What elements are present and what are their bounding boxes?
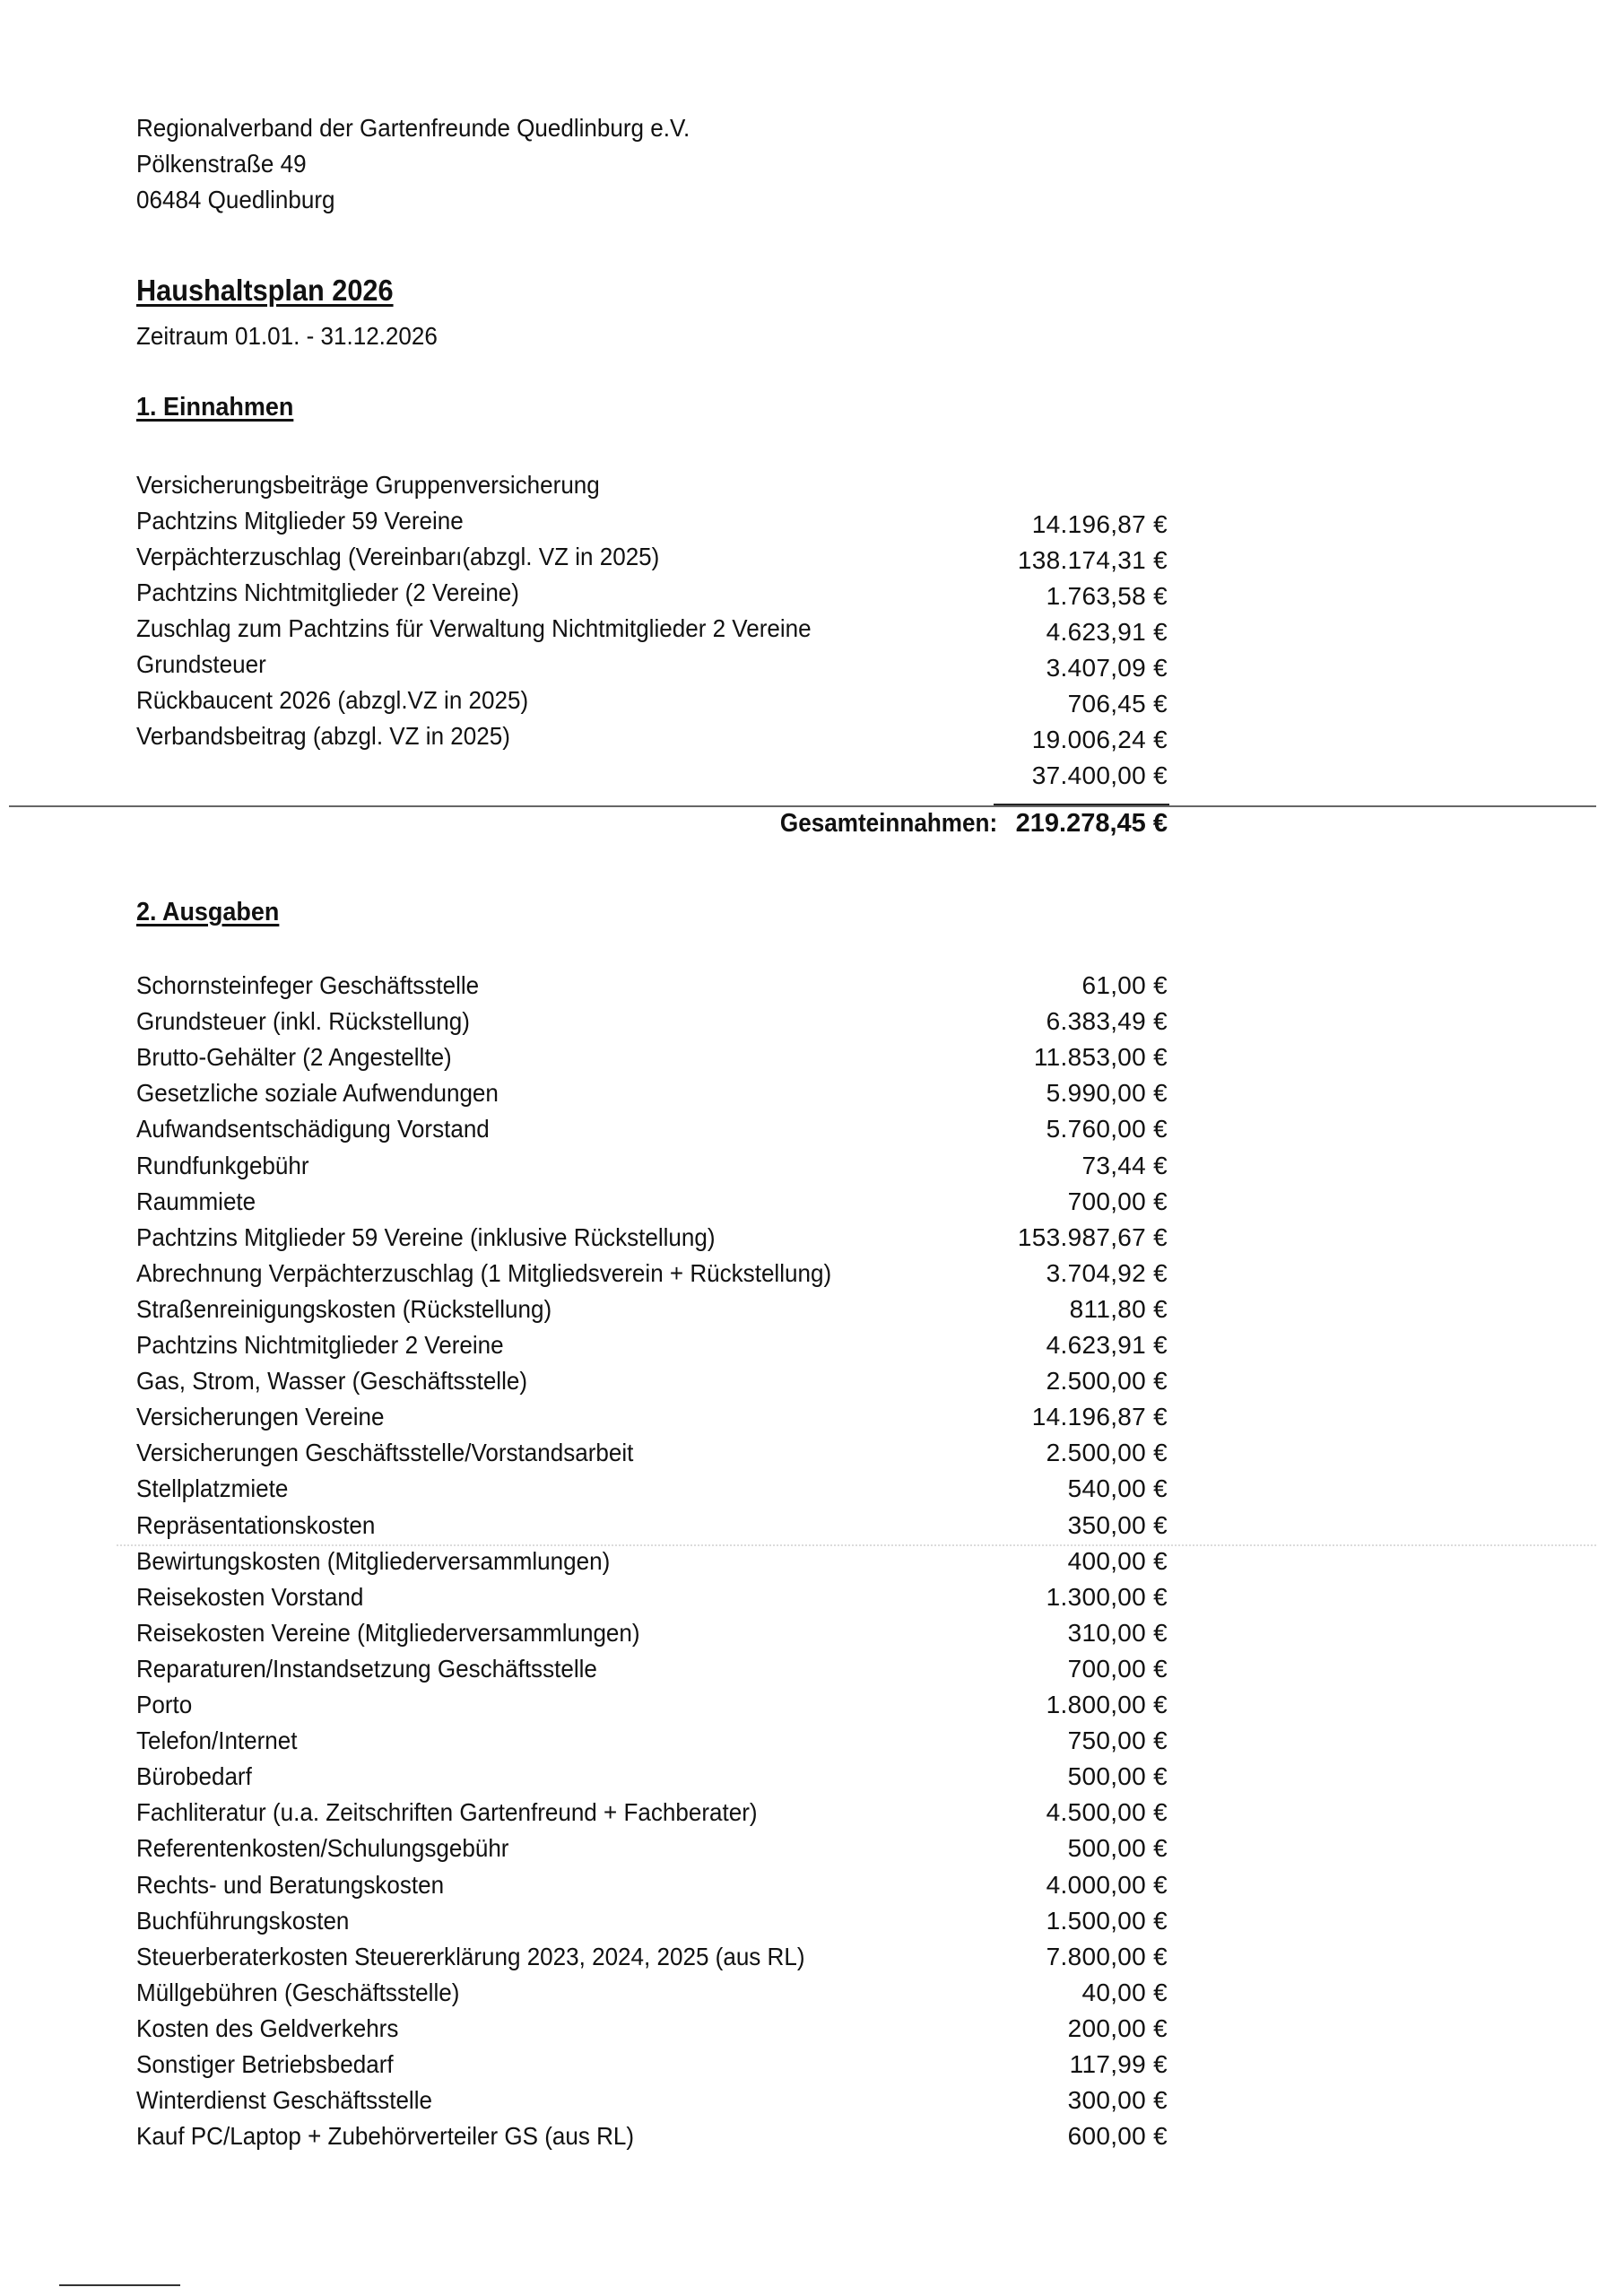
- expense-label: Abrechnung Verpächterzuschlag (1 Mitglie…: [136, 1258, 831, 1289]
- expense-row: Reparaturen/Instandsetzung Geschäftsstel…: [136, 1654, 1168, 1684]
- expense-row: Schornsteinfeger Geschäftsstelle61,00 €: [136, 970, 1168, 1001]
- expense-amount: 117,99 €: [1070, 2049, 1168, 2080]
- expense-label: Grundsteuer (inkl. Rückstellung): [136, 1006, 470, 1037]
- expense-label: Telefon/Internet: [136, 1726, 298, 1756]
- income-amount: 37.400,00 €: [1032, 761, 1168, 791]
- expense-label: Reisekosten Vereine (Mitgliederversammlu…: [136, 1618, 640, 1648]
- expense-row: Gesetzliche soziale Aufwendungen5.990,00…: [136, 1078, 1168, 1109]
- expense-label: Brutto-Gehälter (2 Angestellte): [136, 1042, 452, 1073]
- expense-row: Rundfunkgebühr73,44 €: [136, 1151, 1168, 1181]
- expense-amount: 350,00 €: [1068, 1510, 1168, 1541]
- expense-row: Gas, Strom, Wasser (Geschäftsstelle)2.50…: [136, 1366, 1168, 1396]
- expense-label: Aufwandsentschädigung Vorstand: [136, 1114, 490, 1144]
- expense-row: Versicherungen Vereine14.196,87 €: [136, 1402, 1168, 1432]
- expense-row: Straßenreinigungskosten (Rückstellung)81…: [136, 1294, 1168, 1325]
- income-amount: 1.763,58 €: [1046, 581, 1168, 612]
- expense-row: Pachtzins Nichtmitglieder 2 Vereine4.623…: [136, 1330, 1168, 1361]
- expense-amount: 300,00 €: [1068, 2085, 1168, 2116]
- expense-amount: 400,00 €: [1068, 1546, 1168, 1577]
- income-amount: 19.006,24 €: [1032, 725, 1168, 755]
- expense-amount: 540,00 €: [1068, 1474, 1168, 1504]
- expense-amount: 6.383,49 €: [1046, 1006, 1168, 1037]
- expense-amount: 61,00 €: [1081, 970, 1168, 1001]
- expense-row: Buchführungskosten1.500,00 €: [136, 1906, 1168, 1936]
- expense-label: Straßenreinigungskosten (Rückstellung): [136, 1294, 551, 1325]
- expense-label: Kauf PC/Laptop + Zubehörverteiler GS (au…: [136, 2121, 634, 2152]
- expense-amount: 153.987,67 €: [1018, 1222, 1168, 1253]
- expense-label: Fachliteratur (u.a. Zeitschriften Garten…: [136, 1797, 758, 1828]
- expense-label: Reparaturen/Instandsetzung Geschäftsstel…: [136, 1654, 597, 1684]
- income-total-value: 219.278,45 €: [1016, 805, 1168, 841]
- document-title: Haushaltsplan 2026: [136, 275, 394, 306]
- expense-label: Bürobedarf: [136, 1761, 252, 1792]
- expense-label: Winterdienst Geschäftsstelle: [136, 2085, 432, 2116]
- expense-amount: 750,00 €: [1068, 1726, 1168, 1756]
- expense-amount: 73,44 €: [1081, 1151, 1168, 1181]
- expense-amount: 3.704,92 €: [1046, 1258, 1168, 1289]
- income-amount: 706,45 €: [1068, 689, 1168, 719]
- scan-noise: [117, 1544, 1596, 1548]
- expense-label: Raummiete: [136, 1187, 256, 1217]
- expense-row: Steuerberaterkosten Steuererklärung 2023…: [136, 1942, 1168, 1972]
- expense-amount: 811,80 €: [1070, 1294, 1168, 1325]
- expense-amount: 2.500,00 €: [1046, 1366, 1168, 1396]
- expense-label: Reisekosten Vorstand: [136, 1582, 363, 1613]
- expense-row: Reisekosten Vereine (Mitgliederversammlu…: [136, 1618, 1168, 1648]
- expense-label: Sonstiger Betriebsbedarf: [136, 2049, 394, 2080]
- expense-label: Referentenkosten/Schulungsgebühr: [136, 1833, 508, 1864]
- expense-amount: 1.500,00 €: [1046, 1906, 1168, 1936]
- expense-row: Versicherungen Geschäftsstelle/Vorstands…: [136, 1438, 1168, 1468]
- expense-amount: 500,00 €: [1068, 1833, 1168, 1864]
- expense-amount: 700,00 €: [1068, 1187, 1168, 1217]
- income-amount: 138.174,31 €: [1018, 545, 1168, 576]
- expense-row: Aufwandsentschädigung Vorstand5.760,00 €: [136, 1114, 1168, 1144]
- expense-amount: 14.196,87 €: [1032, 1402, 1168, 1432]
- expense-label: Rundfunkgebühr: [136, 1151, 309, 1181]
- expense-label: Pachtzins Mitglieder 59 Vereine (inklusi…: [136, 1222, 716, 1253]
- sender-name: Regionalverband der Gartenfreunde Quedli…: [136, 113, 690, 143]
- document-period: Zeitraum 01.01. - 31.12.2026: [136, 321, 438, 352]
- expense-label: Kosten des Geldverkehrs: [136, 2013, 398, 2044]
- expense-label: Müllgebühren (Geschäftsstelle): [136, 1978, 459, 2008]
- expense-row: Reisekosten Vorstand1.300,00 €: [136, 1582, 1168, 1613]
- expense-amount: 2.500,00 €: [1046, 1438, 1168, 1468]
- sender-street: Pölkenstraße 49: [136, 149, 307, 179]
- expense-amount: 11.853,00 €: [1034, 1042, 1168, 1073]
- expense-row: Bürobedarf500,00 €: [136, 1761, 1168, 1792]
- expense-amount: 600,00 €: [1068, 2121, 1168, 2152]
- footer-rule: [59, 2284, 180, 2286]
- expense-amount: 4.623,91 €: [1046, 1330, 1168, 1361]
- sender-city: 06484 Quedlinburg: [136, 185, 335, 215]
- expense-row: Pachtzins Mitglieder 59 Vereine (inklusi…: [136, 1222, 1168, 1253]
- expense-label: Stellplatzmiete: [136, 1474, 288, 1504]
- expense-label: Steuerberaterkosten Steuererklärung 2023…: [136, 1942, 805, 1972]
- expense-row: Stellplatzmiete540,00 €: [136, 1474, 1168, 1504]
- expense-row: Grundsteuer (inkl. Rückstellung)6.383,49…: [136, 1006, 1168, 1037]
- income-amount: 14.196,87 €: [1032, 509, 1168, 540]
- income-total-label: Gesamteinnahmen:: [780, 805, 997, 841]
- expense-row: Raummiete700,00 €: [136, 1187, 1168, 1217]
- expense-amount: 5.990,00 €: [1046, 1078, 1168, 1109]
- expense-amount: 500,00 €: [1068, 1761, 1168, 1792]
- expense-row: Brutto-Gehälter (2 Angestellte)11.853,00…: [136, 1042, 1168, 1073]
- expense-row: Müllgebühren (Geschäftsstelle)40,00 €: [136, 1978, 1168, 2008]
- expense-row: Winterdienst Geschäftsstelle300,00 €: [136, 2085, 1168, 2116]
- expense-row: Abrechnung Verpächterzuschlag (1 Mitglie…: [136, 1258, 1168, 1289]
- expense-label: Bewirtungskosten (Mitgliederversammlunge…: [136, 1546, 610, 1577]
- expense-amount: 310,00 €: [1068, 1618, 1168, 1648]
- expenses-heading: 2. Ausgaben: [136, 897, 279, 927]
- income-amount: 3.407,09 €: [1046, 653, 1168, 683]
- expense-row: Referentenkosten/Schulungsgebühr500,00 €: [136, 1833, 1168, 1864]
- expense-label: Rechts- und Beratungskosten: [136, 1870, 444, 1900]
- expense-amount: 1.800,00 €: [1046, 1690, 1168, 1720]
- expense-amount: 200,00 €: [1068, 2013, 1168, 2044]
- expense-label: Versicherungen Geschäftsstelle/Vorstands…: [136, 1438, 633, 1468]
- scanned-budget-page: Regionalverband der Gartenfreunde Quedli…: [0, 0, 1624, 2296]
- expense-amount: 4.500,00 €: [1046, 1797, 1168, 1828]
- expense-amount: 700,00 €: [1068, 1654, 1168, 1684]
- expense-label: Versicherungen Vereine: [136, 1402, 385, 1432]
- expense-amount: 1.300,00 €: [1046, 1582, 1168, 1613]
- expense-label: Gas, Strom, Wasser (Geschäftsstelle): [136, 1366, 527, 1396]
- expense-amount: 7.800,00 €: [1046, 1942, 1168, 1972]
- expense-row: Fachliteratur (u.a. Zeitschriften Garten…: [136, 1797, 1168, 1828]
- expense-label: Schornsteinfeger Geschäftsstelle: [136, 970, 479, 1001]
- expense-label: Gesetzliche soziale Aufwendungen: [136, 1078, 499, 1109]
- income-total: Gesamteinnahmen: 219.278,45 €: [136, 805, 1168, 841]
- income-label: Versicherungsbeiträge Gruppenversicherun…: [136, 470, 600, 500]
- income-row: Versicherungsbeiträge Gruppenversicherun…: [136, 470, 1168, 500]
- income-amount: 4.623,91 €: [1046, 617, 1168, 648]
- expense-row: Kauf PC/Laptop + Zubehörverteiler GS (au…: [136, 2121, 1168, 2152]
- expense-label: Buchführungskosten: [136, 1906, 349, 1936]
- expense-row: Rechts- und Beratungskosten4.000,00 €: [136, 1870, 1168, 1900]
- expense-row: Porto1.800,00 €: [136, 1690, 1168, 1720]
- expense-row: Telefon/Internet750,00 €: [136, 1726, 1168, 1756]
- expense-row: Repräsentationskosten350,00 €: [136, 1510, 1168, 1541]
- expense-amount: 40,00 €: [1081, 1978, 1168, 2008]
- expense-row: Bewirtungskosten (Mitgliederversammlunge…: [136, 1546, 1168, 1577]
- expense-row: Sonstiger Betriebsbedarf117,99 €: [136, 2049, 1168, 2080]
- expense-label: Repräsentationskosten: [136, 1510, 375, 1541]
- expense-amount: 4.000,00 €: [1046, 1870, 1168, 1900]
- expense-label: Pachtzins Nichtmitglieder 2 Vereine: [136, 1330, 504, 1361]
- expense-row: Kosten des Geldverkehrs200,00 €: [136, 2013, 1168, 2044]
- income-heading: 1. Einnahmen: [136, 392, 293, 422]
- expense-amount: 5.760,00 €: [1046, 1114, 1168, 1144]
- expense-label: Porto: [136, 1690, 192, 1720]
